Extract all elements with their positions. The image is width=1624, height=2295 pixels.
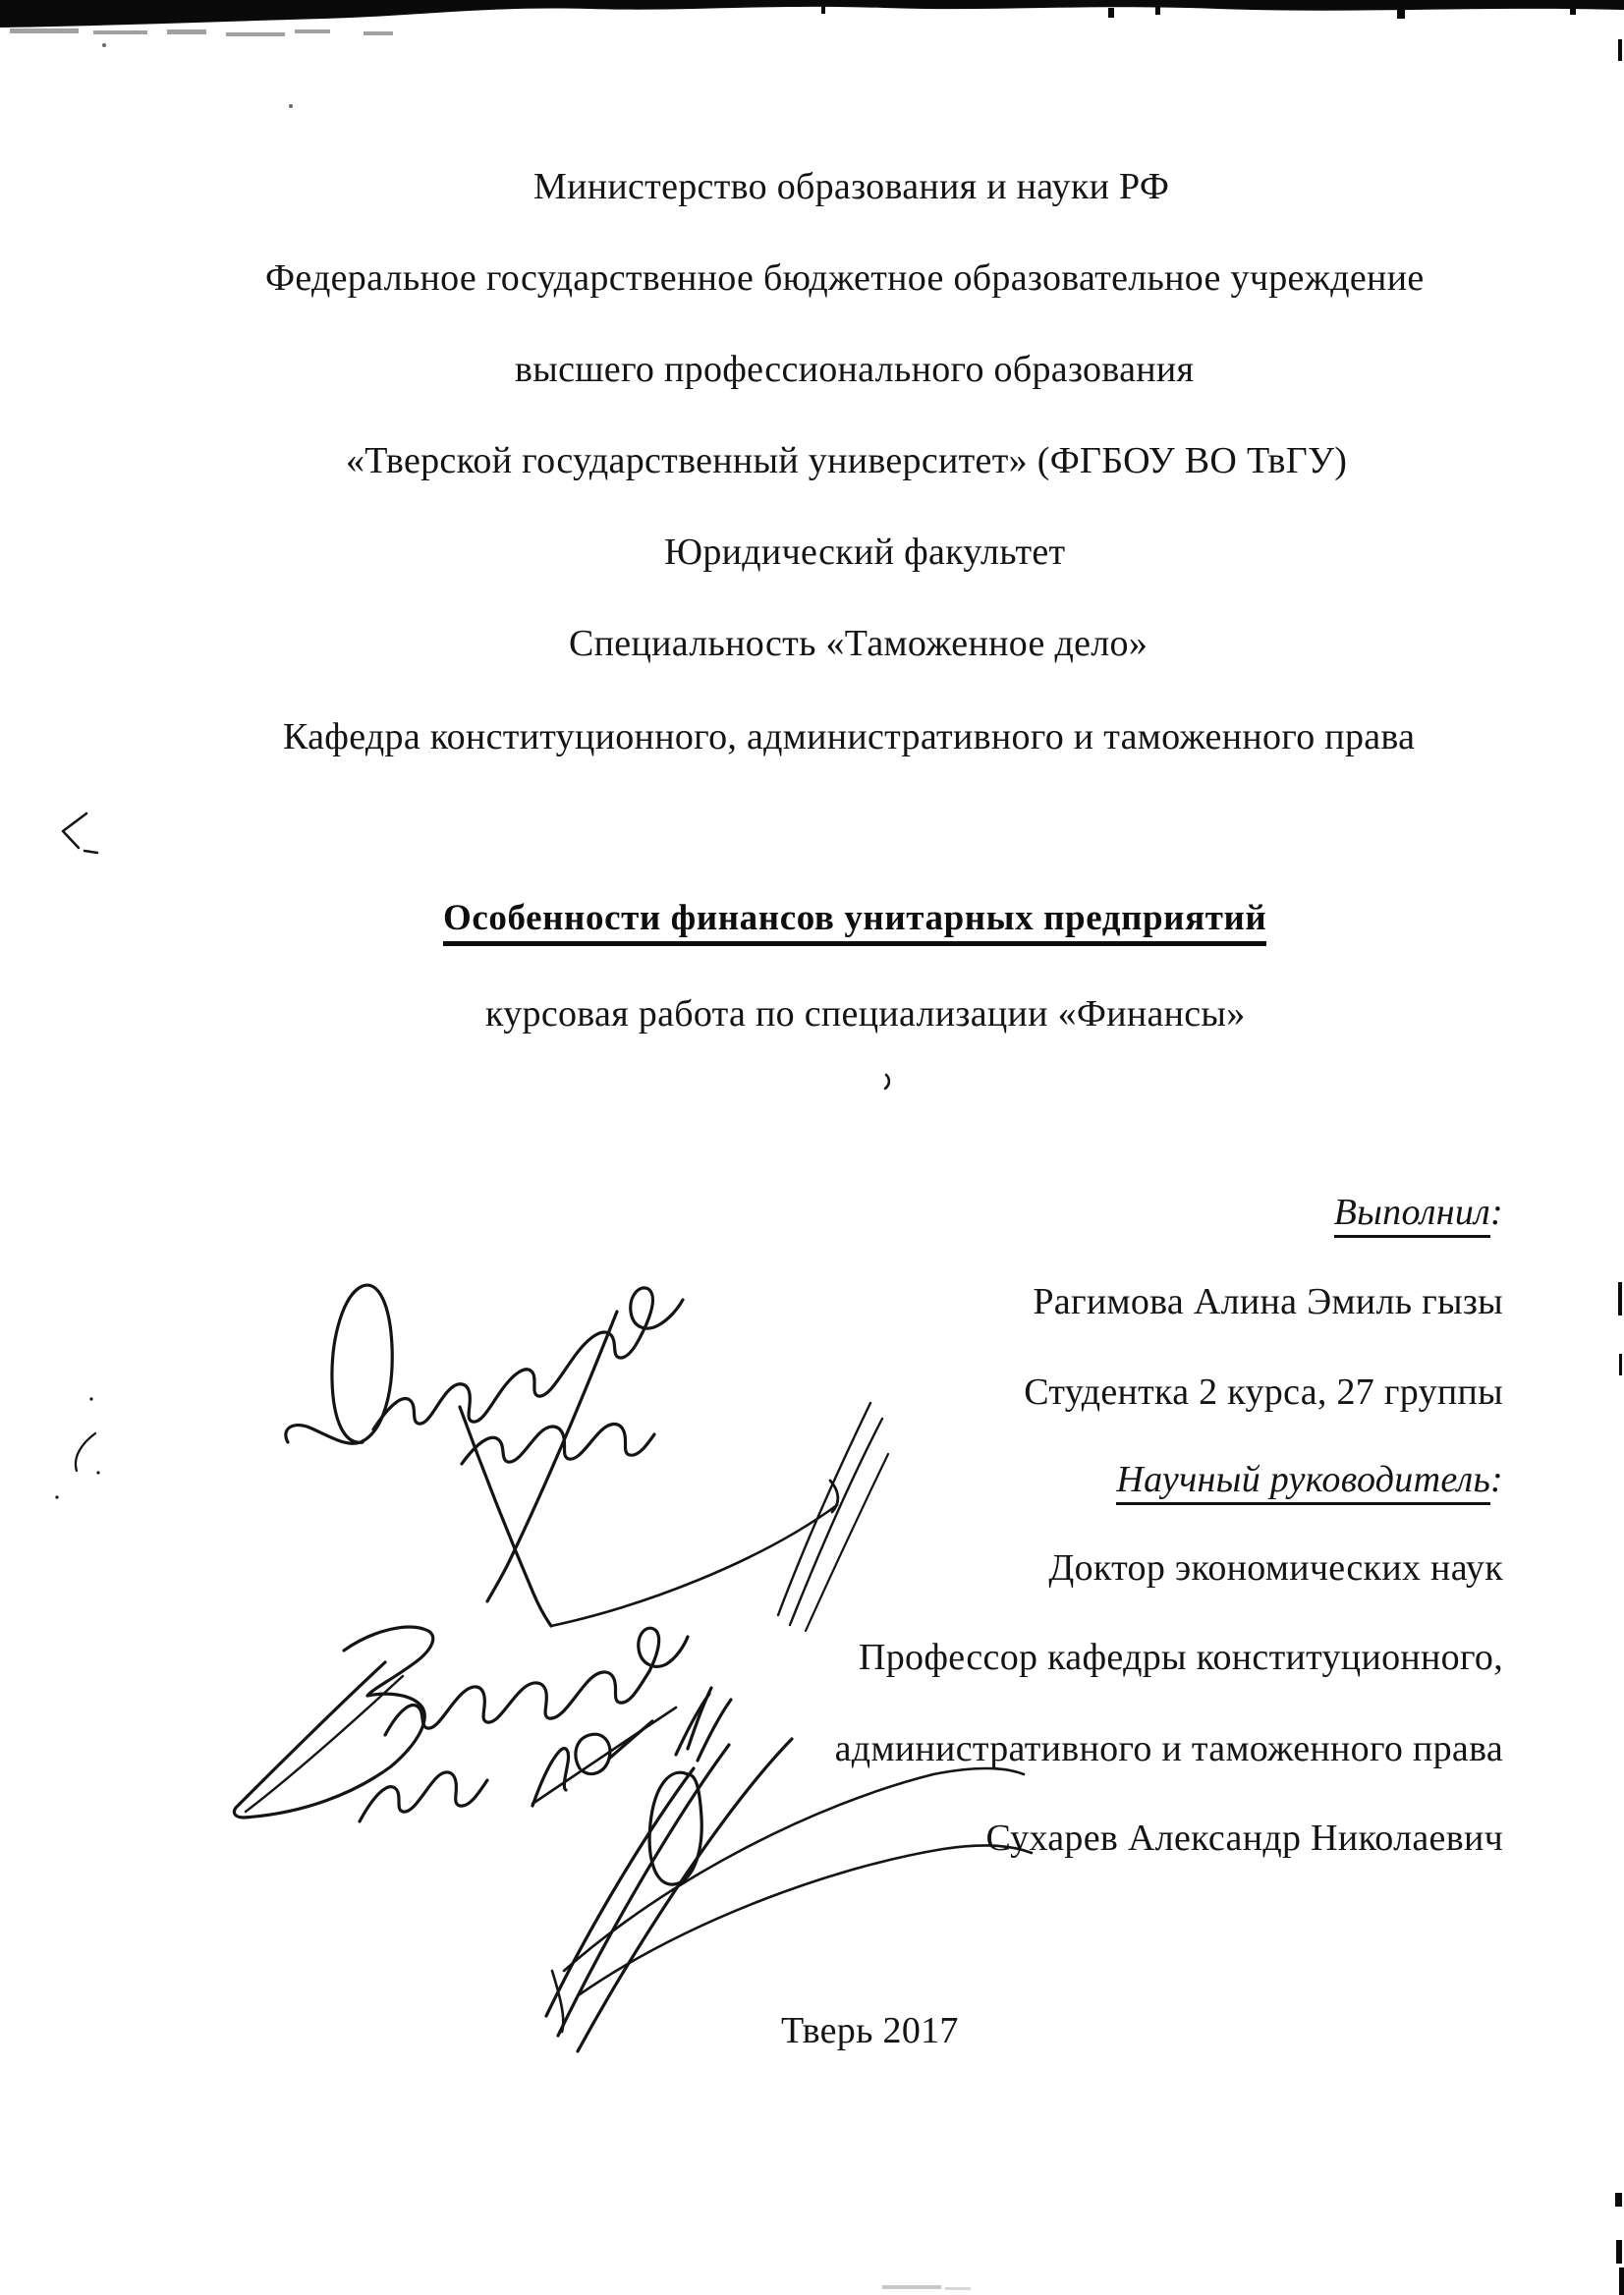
- page-title: Особенности финансов унитарных предприят…: [443, 899, 1266, 938]
- stray-pen-mark: [885, 1075, 889, 1089]
- label-performed-by: Выполнил:: [1334, 1194, 1503, 1233]
- doc-line-ministry: Министерство образования и науки РФ: [533, 168, 1169, 207]
- doc-line-department: Кафедра конституционного, административн…: [283, 718, 1415, 757]
- city-year: Тверь 2017: [781, 2012, 959, 2051]
- doc-line-institution: Федеральное государственное бюджетное об…: [265, 259, 1425, 299]
- supervisor-label-colon: :: [1490, 1459, 1503, 1500]
- doc-line-specialty: Специальность «Таможенное дело»: [569, 625, 1148, 664]
- author-course: Студентка 2 курса, 27 группы: [1024, 1373, 1503, 1413]
- pen-comma-mark: [830, 1481, 838, 1512]
- scanner-edge-band: [0, 0, 1624, 36]
- scan-edge-marks-bottom: [882, 2285, 971, 2290]
- scan-artifacts-overlay: [0, 0, 1624, 2295]
- page-title-text: Особенности финансов унитарных предприят…: [443, 898, 1266, 946]
- supervisor-label-text: Научный руководитель: [1116, 1459, 1490, 1505]
- supervisor-position-1: Профессор кафедры конституционного,: [859, 1639, 1503, 1678]
- performed-by-colon: :: [1490, 1192, 1503, 1233]
- scanned-title-page: { "page": { "background": "#ffffff", "in…: [0, 0, 1624, 2295]
- scan-edge-marks-right: [1615, 39, 1624, 2295]
- page-subtitle: курсовая работа по специализации «Финанс…: [485, 995, 1246, 1035]
- handwritten-approval-note: [286, 1285, 888, 1631]
- label-supervisor: Научный руководитель:: [1116, 1461, 1503, 1500]
- handwritten-grade-note: [234, 1627, 688, 1821]
- performed-by-text: Выполнил: [1334, 1192, 1490, 1238]
- doc-line-faculty: Юридический факультет: [664, 533, 1065, 573]
- supervisor-degree: Доктор экономических наук: [1048, 1549, 1503, 1589]
- scan-speckle-band: [10, 28, 393, 36]
- doc-line-education: высшего профессионального образования: [515, 351, 1194, 390]
- margin-check-mark-upper: [63, 813, 97, 853]
- doc-line-university: «Тверской государственный университет» (…: [346, 442, 1347, 481]
- margin-paren-mark-lower: [55, 1397, 99, 1498]
- supervisor-name: Сухарев Александр Николаевич: [985, 1819, 1503, 1859]
- scan-dust-dots: [102, 43, 293, 108]
- supervisor-position-2: административного и таможенного права: [835, 1730, 1503, 1769]
- author-name: Рагимова Алина Эмиль гызы: [1033, 1283, 1503, 1322]
